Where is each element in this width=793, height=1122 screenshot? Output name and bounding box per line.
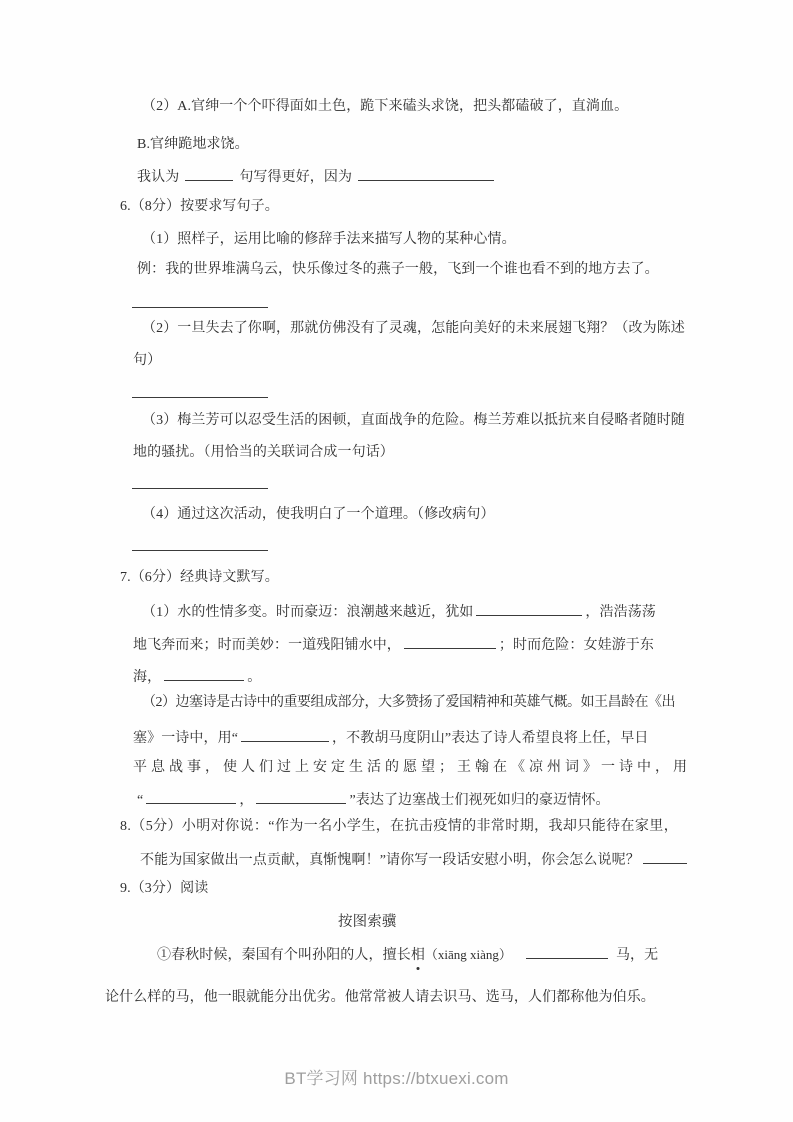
answer-blank <box>146 788 236 804</box>
q6-item3-line1: （3）梅兰芳可以忍受生活的困顿，直面战争的危险。梅兰芳难以抵抗来自侵略者随时随 <box>142 411 685 431</box>
q7-item1-seg4: ；时而危险：女娃游于东 <box>499 638 654 653</box>
answer-blank <box>164 665 244 681</box>
q7-item2-line2: 塞》一诗中，用“，不教胡马度阴山”表达了诗人希望良将上任，早日 <box>133 726 649 749</box>
q5-opinion-line: 我认为句写得更好，因为 <box>137 165 500 188</box>
q9-header-text: 9.（3分）阅读 <box>120 881 208 896</box>
q9-passage-line2: 论什么样的马，他一眼就能分出优劣。他常常被人请去识马、选马，人们都称他为伯乐。 <box>105 988 655 1008</box>
watermark: BT学习网 https://btxuexi.com <box>0 1064 793 1089</box>
q9-passage-title: 按图索骥 <box>338 912 396 932</box>
q9-passage-line1: ①春秋时候，秦国有个叫孙阳的人，擅长相（xiāng xiàng）马，无 <box>157 943 658 966</box>
q8-line1: 8.（5分）小明对你说：“作为一名小学生，在抗击疫情的非常时期，我却只能待在家里… <box>120 817 678 837</box>
q7-item1-seg6: 。 <box>247 670 261 685</box>
q6-item1-example: 例：我的世界堆满乌云，快乐像过冬的燕子一般，飞到一个谁也看不到的地方去了。 <box>137 260 659 280</box>
watermark-text: BT学习网 https://btxuexi.com <box>284 1069 508 1088</box>
q6-item4-answer-line <box>132 535 268 558</box>
q6-item3-line2-text: 地的骚扰。（用恰当的关联词合成一句话） <box>133 445 394 460</box>
q6-item1-answer-line <box>132 292 268 315</box>
q7-item2-line1: （2）边塞诗是古诗中的重要组成部分，大多赞扬了爱国精神和英雄气概。如王昌龄在《出 <box>142 693 675 713</box>
q6-header: 6.（8分）按要求写句子。 <box>120 197 279 217</box>
q9-passage-line2-text: 论什么样的马，他一眼就能分出优劣。他常常被人请去识马、选马，人们都称他为伯乐。 <box>105 990 655 1005</box>
q7-item2-line4: “，”表达了边塞战士们视死如归的豪迈情怀。 <box>137 788 610 811</box>
answer-blank <box>241 726 329 742</box>
q7-item2-line4-comma: ， <box>239 793 253 808</box>
q7-item2-line4-pre: “ <box>137 793 143 808</box>
q6-item3-answer-line <box>132 473 268 496</box>
q6-item2-line2-text: 句） <box>133 353 161 368</box>
q7-item1-seg5: 海， <box>133 670 161 685</box>
q6-item2-line1: （2）一旦失去了你啊，那就仿佛没有了灵魂，怎能向美好的未来展翅飞翔？（改为陈述 <box>142 319 685 339</box>
answer-blank <box>643 848 687 864</box>
q5-opinion-middle: 句写得更好，因为 <box>239 170 352 185</box>
q6-item2-line2: 句） <box>133 351 161 371</box>
q5-option-b: B.官绅跪地求饶。 <box>137 135 249 155</box>
answer-blank <box>256 788 346 804</box>
q7-item2-line1-text: （2）边塞诗是古诗中的重要组成部分，大多赞扬了爱国精神和英雄气概。如王昌龄在《出 <box>142 695 675 710</box>
q7-item2-line4-post: ”表达了边塞战士们视死如归的豪迈情怀。 <box>349 793 609 808</box>
q7-header-text: 7.（6分）经典诗文默写。 <box>120 570 279 585</box>
q8-line2: 不能为国家做出一点贡献，真惭愧啊！”请你写一段话安慰小明，你会怎么说呢？ <box>140 848 690 871</box>
q6-item2-line1-text: （2）一旦失去了你啊，那就仿佛没有了灵魂，怎能向美好的未来展翅飞翔？（改为陈述 <box>142 321 685 336</box>
q7-item1-seg1: （1）水的性情多变。时而豪迈：浪潮越来越近，犹如 <box>142 605 473 620</box>
q6-item2-answer-line <box>132 382 268 405</box>
q7-item1-line3: 海，。 <box>133 665 261 688</box>
q5-option-a: （2）A.官绅一个个吓得面如土色，跪下来磕头求饶，把头都磕破了，直淌血。 <box>142 97 628 117</box>
q6-item1-prompt: （1）照样子，运用比喻的修辞手法来描写人物的某种心情。 <box>142 230 516 250</box>
q7-header: 7.（6分）经典诗文默写。 <box>120 568 279 588</box>
q5-option-b-text: B.官绅跪地求饶。 <box>137 137 249 152</box>
q6-header-text: 6.（8分）按要求写句子。 <box>120 199 279 214</box>
q7-item1-line2: 地飞奔而来；时而美妙：一道残阳铺水中，；时而危险：女娃游于东 <box>133 633 654 656</box>
q8-line2-text: 不能为国家做出一点贡献，真惭愧啊！”请你写一段话安慰小明，你会怎么说呢？ <box>140 853 640 868</box>
answer-blank <box>132 535 268 551</box>
q7-item1-seg2: ，浩浩荡荡 <box>585 605 656 620</box>
q9-passage-title-text: 按图索骥 <box>338 914 396 930</box>
q8-line1-text: 8.（5分）小明对你说：“作为一名小学生，在抗击疫情的非常时期，我却只能待在家里… <box>120 819 678 834</box>
answer-blank <box>404 633 496 649</box>
q9-pinyin: （xiāng xiàng） <box>425 947 512 962</box>
q7-item1-seg3: 地飞奔而来；时而美妙：一道残阳铺水中， <box>133 638 401 653</box>
answer-blank <box>132 382 268 398</box>
q6-item1-example-text: 例：我的世界堆满乌云，快乐像过冬的燕子一般，飞到一个谁也看不到的地方去了。 <box>137 262 659 277</box>
answer-blank <box>358 165 494 181</box>
q9-passage-pre: ①春秋时候，秦国有个叫孙阳的人，擅长 <box>157 948 411 963</box>
q6-item4-prompt: （4）通过这次活动，使我明白了一个道理。（修改病句） <box>142 505 495 525</box>
q5-opinion-prefix: 我认为 <box>137 170 179 185</box>
exam-paper-page: （2）A.官绅一个个吓得面如土色，跪下来磕头求饶，把头都磕破了，直淌血。 B.官… <box>0 0 793 1122</box>
q6-item3-line2: 地的骚扰。（用恰当的关联词合成一句话） <box>133 443 394 463</box>
q7-item1-line1: （1）水的性情多变。时而豪迈：浪潮越来越近，犹如，浩浩荡荡 <box>142 600 656 623</box>
answer-blank <box>185 165 233 181</box>
answer-blank <box>132 292 268 308</box>
q7-item2-line2-post: ，不教胡马度阴山”表达了诗人希望良将上任，早日 <box>332 731 649 746</box>
q9-emphasis-char: 相 <box>411 946 425 966</box>
answer-blank <box>132 473 268 489</box>
q7-item2-line2-pre: 塞》一诗中，用“ <box>133 731 238 746</box>
q9-passage-post: 马，无 <box>616 948 658 963</box>
q6-item4-prompt-text: （4）通过这次活动，使我明白了一个道理。（修改病句） <box>142 507 495 522</box>
q7-item2-line3-text: 平息战事，使人们过上安定生活的愿望；王翰在《凉州词》一诗中，用 <box>133 760 691 775</box>
answer-blank <box>476 600 582 616</box>
q5-option-a-text: （2）A.官绅一个个吓得面如土色，跪下来磕头求饶，把头都磕破了，直淌血。 <box>142 99 628 114</box>
q6-item1-prompt-text: （1）照样子，运用比喻的修辞手法来描写人物的某种心情。 <box>142 232 516 247</box>
answer-blank <box>526 943 608 959</box>
q9-header: 9.（3分）阅读 <box>120 879 208 899</box>
q7-item2-line3: 平息战事，使人们过上安定生活的愿望；王翰在《凉州词》一诗中，用 <box>133 758 691 778</box>
q6-item3-line1-text: （3）梅兰芳可以忍受生活的困顿，直面战争的危险。梅兰芳难以抵抗来自侵略者随时随 <box>142 413 685 428</box>
